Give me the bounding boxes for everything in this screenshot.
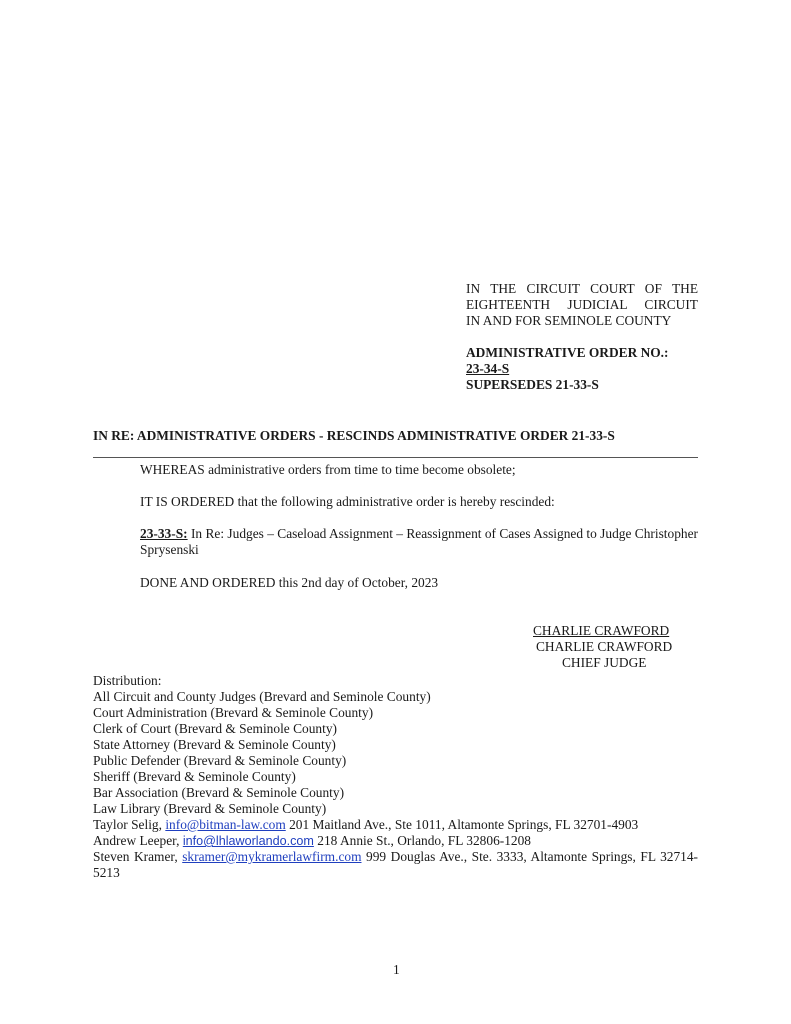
caption-line-1: IN THE CIRCUIT COURT OF THE: [466, 281, 698, 297]
signature-block: CHARLIE CRAWFORD CHARLIE CRAWFORD CHIEF …: [500, 623, 720, 671]
distribution-recipient: All Circuit and County Judges (Brevard a…: [93, 689, 698, 705]
distribution-list: Distribution: All Circuit and County Jud…: [93, 673, 698, 881]
judge-name: CHARLIE CRAWFORD: [500, 639, 720, 655]
caption-line-3: IN AND FOR SEMINOLE COUNTY: [466, 313, 698, 329]
title-divider: [93, 457, 698, 458]
contact-name: Taylor Selig,: [93, 817, 165, 832]
contact-address: 218 Annie St., Orlando, FL 32806-1208: [314, 833, 531, 848]
rescinded-order: 23-33-S: In Re: Judges – Caseload Assign…: [140, 526, 698, 558]
distribution-recipient: Public Defender (Brevard & Seminole Coun…: [93, 753, 698, 769]
contact-taylor-selig: Taylor Selig, info@bitman-law.com 201 Ma…: [93, 817, 698, 833]
email-link[interactable]: info@bitman-law.com: [165, 817, 285, 832]
distribution-heading: Distribution:: [93, 673, 698, 689]
supersedes: SUPERSEDES 21-33-S: [466, 377, 669, 393]
distribution-recipient: State Attorney (Brevard & Seminole Count…: [93, 737, 698, 753]
email-link[interactable]: skramer@mykramerlawfirm.com: [182, 849, 361, 864]
contact-name: Andrew Leeper,: [93, 833, 183, 848]
signature-line: CHARLIE CRAWFORD: [500, 623, 720, 639]
distribution-recipient: Sheriff (Brevard & Seminole County): [93, 769, 698, 785]
rescinded-order-number: 23-33-S:: [140, 526, 188, 541]
page-number: 1: [393, 962, 400, 978]
distribution-recipient: Law Library (Brevard & Seminole County): [93, 801, 698, 817]
order-number: 23-34-S: [466, 361, 669, 377]
rescinded-order-title: In Re: Judges – Caseload Assignment – Re…: [140, 526, 698, 557]
whereas-paragraph: WHEREAS administrative orders from time …: [140, 462, 516, 478]
court-caption: IN THE CIRCUIT COURT OF THE EIGHTEENTH J…: [466, 281, 698, 329]
contact-name: Steven Kramer,: [93, 849, 182, 864]
email-link[interactable]: info@lhlaworlando.com: [183, 834, 314, 848]
contact-steven-kramer: Steven Kramer, skramer@mykramerlawfirm.c…: [93, 849, 698, 881]
in-re-title: IN RE: ADMINISTRATIVE ORDERS - RESCINDS …: [93, 428, 615, 444]
caption-line-2: EIGHTEENTH JUDICIAL CIRCUIT: [466, 297, 698, 313]
contact-address: 201 Maitland Ave., Ste 1011, Altamonte S…: [286, 817, 638, 832]
contact-andrew-leeper: Andrew Leeper, info@lhlaworlando.com 218…: [93, 833, 698, 849]
ordered-paragraph: IT IS ORDERED that the following adminis…: [140, 494, 555, 510]
judge-title: CHIEF JUDGE: [500, 655, 720, 671]
order-number-block: ADMINISTRATIVE ORDER NO.: 23-34-S SUPERS…: [466, 345, 669, 393]
distribution-recipient: Court Administration (Brevard & Seminole…: [93, 705, 698, 721]
distribution-recipient: Bar Association (Brevard & Seminole Coun…: [93, 785, 698, 801]
order-label: ADMINISTRATIVE ORDER NO.:: [466, 345, 669, 361]
done-and-ordered: DONE AND ORDERED this 2nd day of October…: [140, 575, 438, 591]
distribution-recipient: Clerk of Court (Brevard & Seminole Count…: [93, 721, 698, 737]
